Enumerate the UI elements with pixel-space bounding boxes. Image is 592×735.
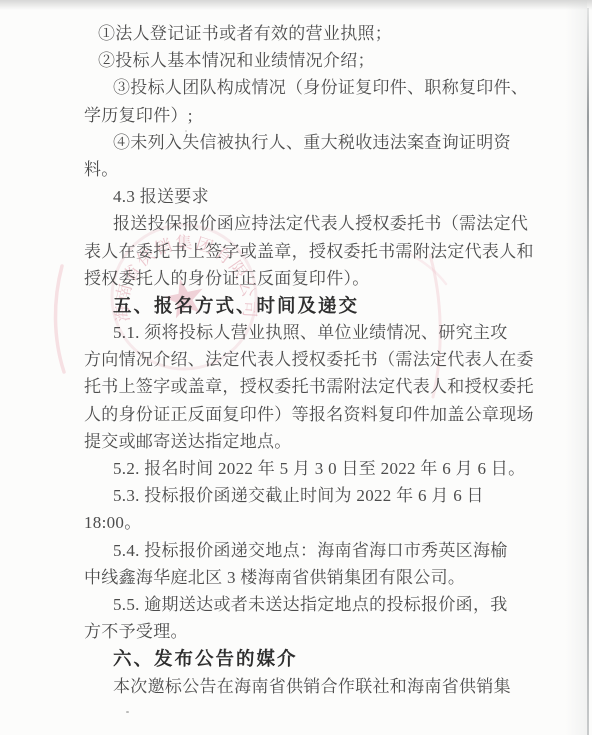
scan-speck: [126, 711, 129, 713]
doc-line-para-4-3-c2: 授权委托人的身份证正反面复印件）。: [84, 265, 536, 292]
doc-line-5-4-cont: 中线鑫海华庭北区 3 楼海南省供销集团有限公司。: [84, 564, 536, 591]
doc-line-5-4: 5.4. 投标报价函递交地点：海南省海口市秀英区海榆: [84, 537, 536, 564]
scan-page-edge-line: [587, 8, 589, 735]
doc-line-5-3: 5.3. 投标报价函递交截止时间为 2022 年 6 月 6 日: [84, 482, 536, 509]
doc-line-section-4-3: 4.3 报送要求: [84, 183, 536, 210]
document-body: ①法人登记证书或者有效的营业执照； ②投标人基本情况和业绩情况介绍； ③投标人团…: [84, 20, 536, 700]
doc-heading-section-5: 五、报名方式、时间及递交: [84, 292, 536, 319]
doc-line-para-4-3: 报送投保报价函应持法定代表人授权委托书（需法定代: [84, 210, 536, 237]
doc-line-item4-cont: 料。: [84, 156, 536, 183]
doc-line-item4: ④未列入失信被执行人、重大税收违法案查询证明资: [84, 129, 536, 156]
doc-line-item3: ③投标人团队构成情况（身份证复印件、职称复印件、: [84, 74, 536, 101]
doc-line-5-3-cont: 18:00。: [84, 509, 536, 536]
scan-right-shade: [565, 0, 587, 735]
doc-line-5-1: 5.1. 须将投标人营业执照、单位业绩情况、研究主攻: [84, 319, 536, 346]
doc-line-5-5: 5.5. 逾期送达或者未送达指定地点的投标报价函，我: [84, 591, 536, 618]
doc-heading-section-6: 六、发布公告的媒介: [84, 645, 536, 672]
scanned-document-page: 海南省供销集团有限公司 ★ ①法人登记证书或者有效的营业执照； ②投标人基本情况…: [0, 0, 592, 735]
scan-top-edge-shadow: [0, 0, 592, 10]
doc-line-5-1-c1: 方向情况介绍、法定代表人授权委托书（需法定代表人在委: [84, 346, 536, 373]
doc-line-5-2: 5.2. 报名时间 2022 年 5 月 3 0 日至 2022 年 6 月 6…: [84, 455, 536, 482]
doc-line-5-1-c4: 提交或邮寄送达指定地点。: [84, 428, 536, 455]
doc-line-5-1-c3: 人的身份证正反面复印件）等报名资料复印件加盖公章现场: [84, 401, 536, 428]
doc-line-item3-cont: 学历复印件）;: [84, 102, 536, 129]
doc-line-item2: ②投标人基本情况和业绩情况介绍；: [84, 47, 536, 74]
doc-line-para-4-3-c1: 表人在委托书上签字或盖章，授权委托书需附法定代表人和: [84, 238, 536, 265]
doc-line-5-1-c2: 托书上签字或盖章，授权委托书需附法定代表人和授权委托: [84, 373, 536, 400]
doc-line-item1: ①法人登记证书或者有效的营业执照；: [84, 20, 536, 47]
doc-line-6-1: 本次邀标公告在海南省供销合作联社和海南省供销集: [84, 673, 536, 700]
doc-line-5-5-cont: 方不予受理。: [84, 618, 536, 645]
